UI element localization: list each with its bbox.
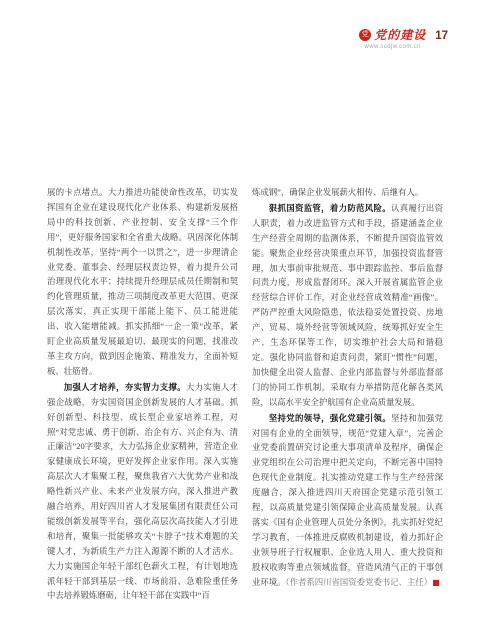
author-note: （作者系四川省国资委党委书记、主任） bbox=[286, 578, 433, 587]
paragraph-talent: 加强人才培养，夯实智力支撑。大力实施人才强企战略，夯实国资国企创新发展的人才基础… bbox=[47, 380, 238, 605]
paragraph-supervision: 狠抓国资监管，着力防范风险。认真履行出资人职责，着力改进监管方式和手段，搭建涵盖… bbox=[252, 201, 443, 411]
paragraph-continuation: 炼成钢”，确保企业发展薪火相传、后继有人。 bbox=[252, 186, 443, 201]
page-number: 17 bbox=[435, 30, 448, 42]
left-column: 展的卡点堵点。大力推进功能使命性改革，切实发挥国有企业在建设现代化产业体系、构建… bbox=[47, 186, 238, 604]
paragraph-party-leadership: 坚持党的领导，强化党建引领。坚持和加强党对国有企业的全面领导，规范“党建入章”，… bbox=[252, 411, 443, 591]
magazine-page: 党 党的建设 www.scdjw.com.cn 17 展的卡点堵点。大力推进功能… bbox=[0, 0, 484, 640]
paragraph-text: 坚持和加强党对国有企业的全面领导，规范“党建入章”，完善企业党委前置研究讨论重大… bbox=[252, 414, 443, 587]
article-body: 展的卡点堵点。大力推进功能使命性改革，切实发挥国有企业在建设现代化产业体系、构建… bbox=[47, 186, 443, 604]
logo-line: 党 党的建设 bbox=[359, 26, 426, 43]
magazine-title: 党的建设 bbox=[374, 26, 426, 43]
paragraph-text: 炼成钢”，确保企业发展薪火相传、后继有人。 bbox=[252, 188, 423, 197]
paragraph-lead-talent: 加强人才培养，夯实智力支撑。 bbox=[64, 382, 186, 392]
paragraph-text: 认真履行出资人职责，着力改进监管方式和手段，搭建涵盖企业生产经营全周期的监测体系… bbox=[252, 204, 443, 407]
right-column: 炼成钢”，确保企业发展薪火相传、后继有人。 狠抓国资监管，着力防范风险。认真履行… bbox=[252, 186, 443, 604]
page-header: 党 党的建设 www.scdjw.com.cn 17 bbox=[359, 26, 448, 50]
paragraph-text: 展的卡点堵点。大力推进功能使命性改革，切实发挥国有企业在建设现代化产业体系、构建… bbox=[47, 188, 238, 376]
paragraph-text: 大力实施人才强企战略，夯实国资国企创新发展的人才基础。抓好创新型、科技型、成长型… bbox=[47, 383, 238, 601]
magazine-logo: 党 党的建设 www.scdjw.com.cn bbox=[359, 26, 426, 50]
magazine-website: www.scdjw.com.cn bbox=[364, 44, 420, 50]
paragraph-lead-supervision: 狠抓国资监管，着力防范风险。 bbox=[269, 203, 391, 213]
article-end-mark-icon: ■ bbox=[432, 578, 440, 587]
paragraph-continuation: 展的卡点堵点。大力推进功能使命性改革，切实发挥国有企业在建设现代化产业体系、构建… bbox=[47, 186, 238, 380]
red-seal-icon: 党 bbox=[359, 29, 371, 41]
paragraph-lead-party: 坚持党的领导，强化党建引领。 bbox=[269, 413, 391, 423]
